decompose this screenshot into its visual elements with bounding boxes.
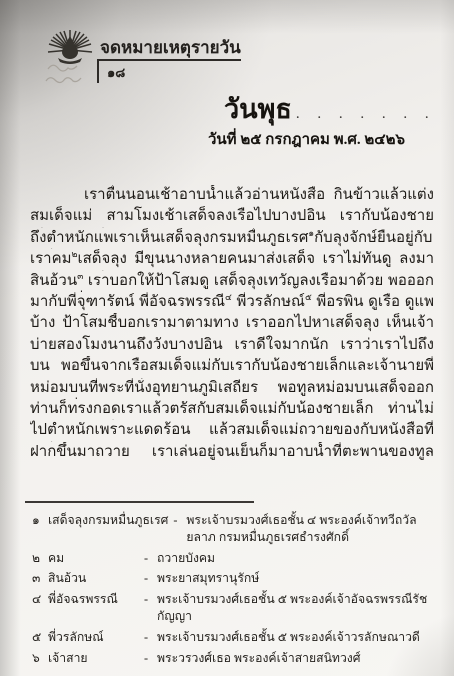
body-text: ฝากขึ้นมาถวาย เราเล่นอยู่จนเย็นก็มาอาบน้…: [30, 444, 434, 463]
body-line-7: บ้าง ป้าโสมชี้บอกเรามาตามทาง เราออกไปหาเ…: [30, 313, 434, 334]
entry-header: วันพุธ . . . . . . . . . . . . วันที่ ๒๕…: [198, 94, 435, 151]
body-line-9: บน พอขึ้นจากเรือสมเด็จแม่กับเรากับน้องชา…: [30, 356, 434, 377]
fn-num: ๒: [32, 550, 48, 567]
footnote-6: ๖เจ้าสาย-พระวรวงศ์เธอ พระองค์เจ้าสายสนิท…: [32, 650, 435, 667]
fn-desc: ถวายบังคม: [157, 550, 435, 567]
fn-dash: -: [144, 591, 157, 608]
footnote-ref: ๕: [305, 292, 312, 302]
body-text: ถึงตำหนักแพเราเห็นเสด็จลุงกรมหมื่นภูธเรศ: [30, 230, 308, 246]
fn-desc: พระเจ้าบรมวงศ์เธอชั้น ๔ พระองค์เจ้าทวีถว…: [186, 512, 435, 546]
footnote-list: ๑เสด็จลุงกรมหมื่นภูธเรศ-พระเจ้าบรมวงศ์เธ…: [32, 512, 435, 670]
footnote-1: ๑เสด็จลุงกรมหมื่นภูธเรศ-พระเจ้าบรมวงศ์เธ…: [32, 512, 435, 546]
header-corner-rule: [97, 59, 99, 83]
fn-desc: พระวรวงศ์เธอ พระองค์เจ้าสายสนิทวงศ์: [157, 650, 435, 667]
fn-term: สินอ้วน: [48, 570, 144, 587]
fn-dash: -: [144, 650, 157, 667]
body-line-12: ไปตำหนักเพราะแดดร้อน แล้วสมเด็จแม่ถวายขอ…: [30, 420, 434, 441]
footnote-5: ๕พี่วรลักษณ์-พระเจ้าบรมวงศ์เธอชั้น ๕ พระ…: [32, 629, 435, 646]
body-text: สินอ้วน: [30, 273, 77, 289]
body-text: บ้าง ป้าโสมชี้บอกเรามาตามทาง เราออกไปหาเ…: [30, 315, 434, 334]
body-text: พี่วรลักษณ์: [232, 294, 305, 310]
body-text: มากับพี่จุฑารัตน์ พี่อัจฉรพรรณี: [30, 294, 225, 310]
body-line-3: ถึงตำหนักแพเราเห็นเสด็จลุงกรมหมื่นภูธเรศ…: [30, 228, 434, 249]
fn-dash: -: [173, 512, 186, 529]
dotted-leader: . . . . . . . . . . . .: [292, 106, 435, 123]
fn-num: ๓: [32, 570, 48, 587]
fn-desc: พระยาสมุทรานุรักษ์: [157, 570, 435, 587]
footnote-2: ๒คม-ถวายบังคม: [32, 550, 435, 567]
fn-dash: -: [144, 629, 157, 646]
fn-term: พี่อัจฉรพรรณี: [48, 591, 144, 608]
fn-num: ๑: [32, 512, 48, 529]
body-text: เราบอกให้ป้าโสมดู เสด็จลุงเทวัญลงเรือมาด…: [30, 273, 434, 292]
footnote-3: ๓สินอ้วน-พระยาสมุทรานุรักษ์: [32, 570, 435, 587]
fn-term: คม: [48, 550, 144, 567]
page-number: ๑๘: [107, 62, 125, 83]
royal-crest-icon: [46, 28, 94, 64]
body-text: บน พอขึ้นจากเรือสมเด็จแม่กับเรากับน้องชา…: [30, 358, 434, 377]
handwritten-inscription: [44, 60, 98, 90]
footnote-rule: [25, 501, 254, 503]
fn-dash: -: [144, 570, 157, 587]
fn-desc: พระเจ้าบรมวงศ์เธอชั้น ๕ พระองค์เจ้าอัจฉร…: [157, 591, 435, 625]
footnote-4: ๔พี่อัจฉรพรรณี-พระเจ้าบรมวงศ์เธอชั้น ๕ พ…: [32, 591, 435, 625]
body-text: ไปตำหนักเพราะแดดร้อน แล้วสมเด็จแม่ถวายขอ…: [30, 422, 434, 441]
diary-body-text: เราตื่นนอนเช้าอาบน้ำแล้วอ่านหนังสือ กินข…: [30, 185, 434, 463]
body-line-4: เราคม๒เสด็จลุง มีขุนนางหลายคนมาส่งเสด็จ …: [30, 249, 434, 270]
body-text: ท่านก็ทรงกอดเราแล้วตรัสกับสมเด็จแม่กับน้…: [30, 401, 434, 420]
body-text: บ่ายสองโมงนานถึงวังบางปอิน เราดีใจมากนัก…: [30, 337, 434, 356]
fn-desc: พระเจ้าบรมวงศ์เธอชั้น ๕ พระองค์เจ้าวรลัก…: [157, 629, 435, 646]
fn-num: ๖: [32, 650, 48, 667]
body-line-11: ท่านก็ทรงกอดเราแล้วตรัสกับสมเด็จแม่กับน้…: [30, 399, 434, 420]
body-line-6: มากับพี่จุฑารัตน์ พี่อัจฉรพรรณี๔ พี่วรลั…: [30, 292, 434, 313]
header-underline: [97, 59, 241, 61]
fn-dash: -: [144, 550, 157, 567]
body-line-10: หม่อมบนที่พระที่นั่งอุทยานภูมิเสถียร พอท…: [30, 378, 434, 399]
body-text: เราตื่นนอนเช้าอาบน้ำแล้วอ่านหนังสือ กินข…: [30, 187, 434, 206]
body-text: สมเด็จแม่ สามโมงเช้าเสด็จลงเรือไปบางปอิน…: [30, 208, 434, 227]
body-text: หม่อมบนที่พระที่นั่งอุทยานภูมิเสถียร พอท…: [30, 380, 434, 399]
fn-term: เจ้าสาย: [48, 650, 144, 667]
body-text: เสด็จลุง มีขุนนางหลายคนมาส่งเสด็จ เราไม่…: [30, 251, 434, 270]
fn-num: ๔: [32, 591, 48, 608]
body-line-8: บ่ายสองโมงนานถึงวังบางปอิน เราดีใจมากนัก…: [30, 335, 434, 356]
fn-term: พี่วรลักษณ์: [48, 629, 144, 646]
scanned-diary-page: จดหมายเหตุรายวัน ๑๘ วันพุธ . . . . . . .…: [0, 0, 454, 676]
body-line-13: ฝากขึ้นมาถวาย เราเล่นอยู่จนเย็นก็มาอาบน้…: [30, 442, 434, 463]
fn-num: ๕: [32, 629, 48, 646]
entry-day-title: วันพุธ: [224, 94, 292, 124]
footnote-ref: ๔: [225, 292, 232, 302]
body-line-2: สมเด็จแม่ สามโมงเช้าเสด็จลงเรือไปบางปอิน…: [30, 206, 434, 227]
body-line-5: สินอ้วน๓ เราบอกให้ป้าโสมดู เสด็จลุงเทวัญ…: [30, 271, 434, 292]
journal-title: จดหมายเหตุรายวัน: [100, 34, 241, 61]
body-line-1: เราตื่นนอนเช้าอาบน้ำแล้วอ่านหนังสือ กินข…: [30, 185, 434, 206]
body-text: เราคม: [30, 251, 72, 267]
fn-term: เสด็จลุงกรมหมื่นภูธเรศ: [48, 512, 173, 529]
entry-date: วันที่ ๒๕ กรกฎาคม พ.ศ. ๒๔๒๖: [198, 127, 435, 151]
